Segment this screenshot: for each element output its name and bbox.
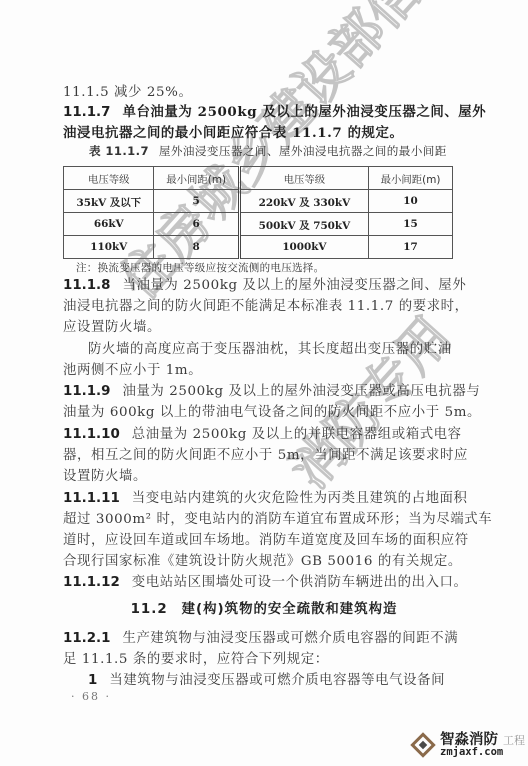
table-row: 110kV 8 1000kV 17 — [64, 236, 453, 259]
table-row: 35kV 及以下 5 220kV 及 330kV 10 — [64, 190, 453, 213]
table-cell: 10 — [369, 190, 453, 213]
table-caption-number: 表 11.1.7 — [89, 144, 149, 158]
clause-text-line: 池两侧不应小于 1m。 — [63, 361, 463, 381]
min-distance-table: 电压等级 最小间距(m) 电压等级 最小间距(m) 35kV 及以下 5 220… — [63, 166, 453, 259]
logo-diamond-icon — [410, 732, 435, 757]
clause-11-1-12: 11.1.12变电站站区围墙处可设一个供消防车辆进出的出入口。 — [63, 573, 463, 593]
clause-text-line: 油量为 600kg 以上的带油电气设备之间的防火间距不应小于 5m。 — [63, 403, 463, 423]
site-logo: 智淼消防 工程 zmjaxf.com — [410, 726, 526, 762]
table-caption-text: 屋外油浸变压器之间、屋外油浸电抗器之间的最小间距 — [159, 144, 447, 158]
table-note: 注：换流变压器的电压等级应按交流侧的电压选择。 — [76, 259, 324, 277]
clause-text-line: 器，相互之间的防火间距不应小于 5m，当间距不满足该要求时应 — [63, 446, 463, 466]
clause-text: 生产建筑物与油浸变压器或可燃介质电容器的间距不满 — [122, 631, 458, 646]
section-heading: 11.2建(构)筑物的安全疏散和建筑构造 — [0, 598, 528, 617]
clause-number: 11.1.10 — [63, 427, 120, 442]
table-cell: 5 — [154, 190, 239, 213]
header-min-distance-2: 最小间距(m) — [369, 167, 453, 190]
clause-text-line: 应设置防火墙。 — [63, 318, 463, 338]
table-cell: 110kV — [64, 236, 154, 259]
clause-text-line: 超过 3000m² 时，变电站内的消防车道宜布置成环形；当为尽端式车 — [63, 510, 463, 530]
table-caption: 表 11.1.7屋外油浸变压器之间、屋外油浸电抗器之间的最小间距 — [89, 142, 447, 160]
table-cell: 15 — [369, 213, 453, 236]
section-title: 建(构)筑物的安全疏散和建筑构造 — [182, 602, 398, 617]
clause-text: 油量为 2500kg 及以上的屋外油浸变压器或高压电抗器与 — [122, 384, 480, 399]
header-min-distance: 最小间距(m) — [154, 167, 239, 190]
logo-brand-suffix: 工程 — [503, 732, 525, 748]
clause-text: 总油量为 2500kg 及以上的并联电容器组或箱式电容 — [132, 427, 462, 442]
header-voltage-level: 电压等级 — [64, 167, 154, 190]
clause-number: 11.1.12 — [63, 575, 120, 590]
table-cell: 8 — [154, 236, 239, 259]
clause-number: 11.1.8 — [63, 278, 110, 293]
clause-number: 11.1.9 — [63, 384, 110, 399]
clause-number: 11.2.1 — [63, 631, 110, 646]
clause-11-1-7: 11.1.7单台油量为 2500kg 及以上的屋外油浸变压器之间、屋外 — [63, 102, 463, 123]
clause-text-line: 合现行国家标准《建筑设计防火规范》GB 50016 的有关规定。 — [63, 552, 463, 572]
logo-url: zmjaxf.com — [440, 746, 503, 758]
list-item: 1当建筑物与油浸变压器或可燃介质电容器等电气设备间 — [88, 671, 488, 691]
table-cell: 66kV — [64, 213, 154, 236]
clause-text: 变电站站区围墙处可设一个供消防车辆进出的出入口。 — [132, 575, 468, 590]
clause-text: 当油量为 2500kg 及以上的屋外油浸变压器之间、屋外 — [122, 278, 466, 293]
table-row: 66kV 6 500kV 及 750kV 15 — [64, 213, 453, 236]
table-cell: 6 — [154, 213, 239, 236]
clause-11-1-11: 11.1.11当变电站内建筑的火灾危险性为丙类且建筑的占地面积 — [63, 489, 463, 509]
document-page: 住房城乡建设部信息公开 消防专用 11.1.5 减少 25%。 11.1.7单台… — [0, 0, 528, 766]
table-cell: 500kV 及 750kV — [239, 213, 368, 236]
header-voltage-level-2: 电压等级 — [239, 167, 368, 190]
clause-text-line: 设置防火墙。 — [63, 467, 463, 487]
list-item-number: 1 — [88, 673, 97, 688]
table-header-row: 电压等级 最小间距(m) 电压等级 最小间距(m) — [64, 167, 453, 190]
page-number: · 68 · — [71, 690, 111, 703]
paragraph-11-1-5-tail: 11.1.5 减少 25%。 — [63, 83, 463, 103]
table-cell: 1000kV — [239, 236, 368, 259]
clause-text: 单台油量为 2500kg 及以上的屋外油浸变压器之间、屋外 — [122, 104, 486, 120]
clause-11-1-8: 11.1.8当油量为 2500kg 及以上的屋外油浸变压器之间、屋外 — [63, 276, 463, 296]
clause-text-line: 油浸电抗器之间的防火间距不能满足本标准表 11.1.7 的要求时， — [63, 297, 463, 317]
list-item-text: 当建筑物与油浸变压器或可燃介质电容器等电气设备间 — [109, 673, 445, 688]
clause-number: 11.1.11 — [63, 491, 120, 506]
clause-11-1-7-cont: 油浸电抗器之间的最小间距应符合表 11.1.7 的规定。 — [63, 123, 463, 143]
clause-text: 当变电站内建筑的火灾危险性为丙类且建筑的占地面积 — [132, 491, 468, 506]
section-number: 11.2 — [131, 602, 168, 617]
clause-11-1-10: 11.1.10总油量为 2500kg 及以上的并联电容器组或箱式电容 — [63, 425, 463, 445]
clause-text-line: 防火墙的高度应高于变压器油枕，其长度超出变压器的贮油 — [88, 340, 488, 360]
clause-11-1-9: 11.1.9油量为 2500kg 及以上的屋外油浸变压器或高压电抗器与 — [63, 382, 463, 402]
clause-number: 11.1.7 — [63, 105, 110, 120]
table-cell: 35kV 及以下 — [64, 190, 154, 213]
table-cell: 220kV 及 330kV — [239, 190, 368, 213]
clause-text-line: 道时，应设回车道或回车场地。消防车道宽度及回车场的面积应符 — [63, 531, 463, 551]
clause-text-line: 足 11.1.5 条的要求时，应符合下列规定： — [63, 650, 463, 670]
table-cell: 17 — [369, 236, 453, 259]
clause-11-2-1: 11.2.1生产建筑物与油浸变压器或可燃介质电容器的间距不满 — [63, 629, 463, 649]
